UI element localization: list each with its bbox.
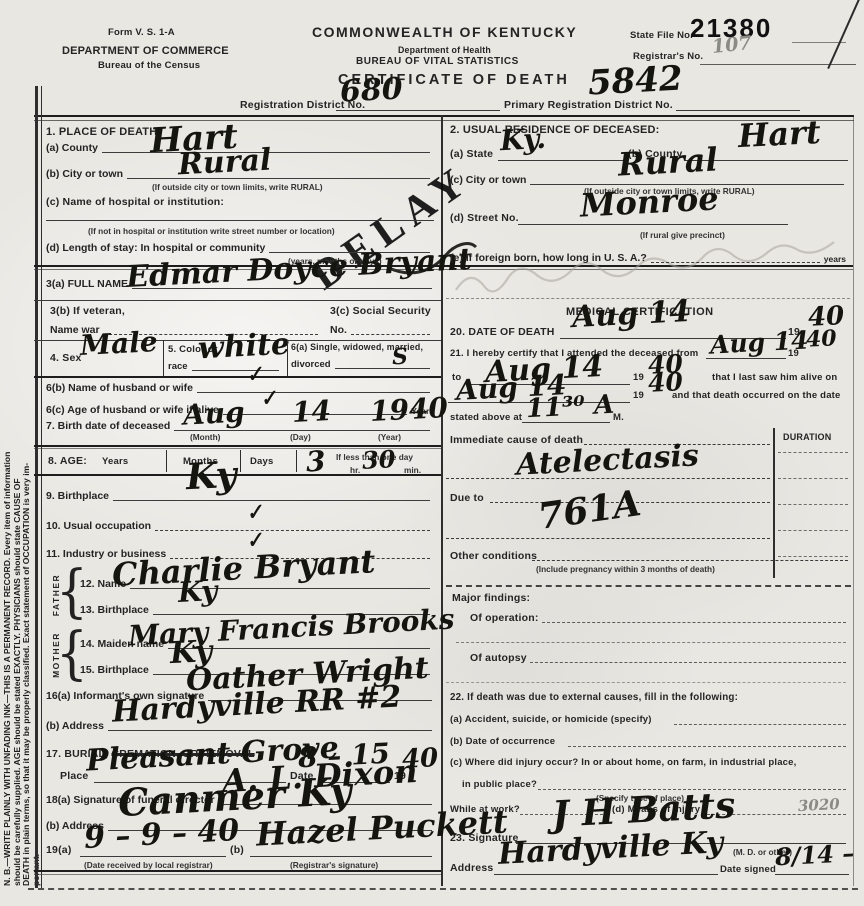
other-conditions-label: Other conditions [450, 550, 537, 562]
marital-blank [335, 366, 430, 369]
day-note: (Day) [290, 432, 311, 442]
age-days-value: 3 [305, 448, 326, 477]
department-of-health: Department of Health [398, 45, 491, 55]
residence-city-value: Rural [617, 143, 718, 180]
form-left-border [35, 86, 38, 888]
physician-address-blank [494, 874, 718, 875]
date-of-death-label: 20. DATE OF DEATH [450, 326, 555, 338]
left-box-bottom-inner [34, 874, 441, 875]
spouse-checkmark: ✓ [244, 362, 265, 385]
fullname-label: 3(a) FULL NAME [46, 278, 128, 290]
month-note: (Month) [190, 432, 220, 442]
birth-day-value: 14 [291, 397, 331, 427]
injury-where-label-1: (c) Where did injury occur? In or about … [450, 757, 796, 768]
scan-corner-artifact [827, 0, 861, 69]
city-label: (b) City or town [46, 168, 123, 180]
age-cell-divider [166, 450, 167, 472]
spouse-age-checkmark: ✓ [258, 386, 279, 409]
street-label: (d) Street No. [450, 212, 519, 224]
ssn-no-label: No. [330, 324, 347, 336]
commonwealth-title: COMMONWEALTH OF KENTUCKY [312, 24, 577, 40]
cause-value: Atelectasis [515, 441, 699, 481]
from-date-value: Aug 14 [709, 327, 809, 357]
form-bottom-rule [28, 888, 858, 890]
date-of-death-value: Aug 14 [571, 297, 691, 333]
date-received-note: (Date received by local registrar) [84, 860, 213, 870]
age-years-label: Years [102, 456, 128, 467]
duration-box-border [773, 428, 775, 578]
death-certificate-document: N. B.—WRITE PLAINLY WITH UNFADING INK—TH… [0, 0, 864, 906]
sex-value: Male [79, 328, 158, 360]
hospital-note: (If not in hospital or institution write… [88, 226, 335, 236]
autopsy-blank [530, 662, 846, 663]
while-at-work-label: While at work? [450, 804, 520, 815]
burial-place-label: Place [60, 770, 88, 782]
injury-where-label-2: in public place? [462, 779, 537, 790]
informant-address-blank [108, 728, 432, 731]
age-cell-divider [240, 450, 241, 472]
residence-county-value: Hart [737, 116, 821, 152]
cause-line-2 [446, 478, 770, 479]
occupation-checkmark: ✓ [244, 500, 265, 523]
city-value: Rural [177, 146, 272, 181]
registrar-number-line [700, 64, 856, 65]
form-left-border-inner [41, 86, 42, 888]
county-label: (a) County [46, 142, 98, 154]
street-blank [518, 224, 788, 225]
due-to-line-2 [446, 538, 770, 539]
father-birthplace-value: Ky [177, 577, 218, 607]
race-value: white [197, 330, 290, 365]
stated-above-label: stated above at [450, 412, 522, 423]
occurrence-date-blank [568, 746, 846, 747]
from-year-value: 40 [805, 327, 837, 351]
left-box-bottom [34, 870, 441, 872]
accident-label: (a) Accident, suicide, or homicide (spec… [450, 714, 652, 725]
occupation-blank [155, 528, 430, 531]
ssn-blank [351, 332, 430, 335]
city-note: (If outside city or town limits, write R… [152, 182, 323, 192]
year-note: (Year) [378, 432, 401, 442]
birthplace-value: Ky [185, 457, 237, 496]
occupation-label: 10. Usual occupation [46, 520, 151, 532]
occurred-label: and that death occurred on the date [672, 390, 841, 401]
autopsy-line-2 [446, 682, 846, 683]
other-conditions-note: (Include pregnancy within 3 months of de… [536, 564, 715, 574]
city-blank-line [127, 176, 430, 179]
duration-label: DURATION [783, 432, 831, 442]
ssn-label: 3(c) Social Security [330, 305, 431, 317]
duration-line [778, 504, 848, 505]
residence-state-value: Ky. [499, 125, 546, 155]
date-signed-blank [775, 874, 849, 875]
minutes-value: 30 [361, 447, 396, 473]
race-label-2: race [168, 361, 188, 372]
due-to-value: 761A [536, 485, 643, 535]
residence-state-blank [498, 160, 626, 161]
form-center-divider [441, 115, 443, 886]
autopsy-label: Of autopsy [470, 652, 527, 664]
race-blank [192, 368, 279, 371]
age-cell-divider [296, 450, 297, 472]
registrar-b-label: (b) [230, 844, 244, 856]
margin-line: DEATH in plain terms, so that it may be … [22, 54, 32, 886]
sex-label: 4. Sex [50, 352, 82, 364]
accident-blank [674, 724, 846, 725]
primary-district-line [676, 110, 800, 111]
row-rule-heavy [34, 376, 441, 378]
father-birthplace-label: 13. Birthplace [80, 604, 149, 616]
primary-district-value: 5842 [587, 62, 683, 101]
birthdate-label: 7. Birth date of deceased [46, 420, 170, 432]
operation-label: Of operation: [470, 612, 539, 624]
length-of-stay-label: (d) Length of stay: In hospital or commu… [46, 242, 265, 254]
cell-divider [163, 340, 164, 376]
immediate-cause-label: Immediate cause of death [450, 434, 583, 446]
bureau-of-census: Bureau of the Census [98, 60, 200, 71]
form-number: Form V. S. 1-A [108, 27, 175, 38]
spouse-label: 6(b) Name of husband or wife [46, 382, 193, 394]
veteran-label: 3(b) If veteran, [50, 305, 125, 317]
foreign-born-label: (e) If foreign born, how long in U. S. A… [450, 252, 647, 264]
physician-address-value: Hardyville Ky [497, 828, 724, 870]
foreign-born-blank [651, 260, 820, 263]
mother-birthplace-label: 15. Birthplace [80, 664, 149, 676]
street-note: (If rural give precinct) [640, 230, 725, 240]
bureau-vital-statistics: BUREAU OF VITAL STATISTICS [356, 56, 519, 67]
operation-blank [542, 622, 846, 623]
date-signed-label: Date signed [720, 864, 776, 875]
birthplace-blank [113, 498, 430, 501]
registrar-signature-note: (Registrar's signature) [290, 860, 378, 870]
date-signed-value: 8/14 – '40 [774, 839, 864, 870]
duration-line [778, 478, 848, 479]
occurrence-date-label: (b) Date of occurrence [450, 736, 555, 747]
due-to-label: Due to [450, 492, 484, 504]
hospital-label: (c) Name of hospital or institution: [46, 196, 224, 208]
marital-label-2: divorced [291, 359, 331, 370]
place-of-death-title: 1. PLACE OF DEATH: [46, 126, 161, 138]
birth-month-value: Aug [182, 398, 245, 429]
date-received-blank [80, 856, 226, 857]
registrar-number-value: 107 [711, 34, 752, 57]
form-top-rule [34, 115, 854, 117]
residence-state-label: (a) State [450, 148, 493, 160]
form-right-border [853, 115, 854, 886]
hospital-blank-line [46, 220, 434, 221]
major-findings-label: Major findings: [452, 592, 530, 604]
residence-title: 2. USUAL RESIDENCE OF DECEASED: [450, 124, 660, 136]
birthplace-label: 9. Birthplace [46, 490, 109, 502]
m-label: M. [613, 412, 624, 423]
registration-district-line [336, 110, 500, 111]
pencil-notation: 3020 [798, 797, 840, 814]
external-causes-title: 22. If death was due to external causes,… [450, 692, 738, 703]
duration-line [778, 452, 848, 453]
age-label: 8. AGE: [48, 455, 87, 467]
alive-year-prefix: 19 [633, 390, 644, 401]
date-received-value: 9 – 9 – 40 [83, 816, 240, 854]
duration-line [778, 556, 848, 557]
foreign-born-suffix: years [824, 254, 846, 264]
street-value: Monroe [579, 182, 719, 221]
informant-address-label: (b) Address [46, 720, 104, 732]
cell-divider [287, 340, 288, 376]
birth-year-value: 1940 [369, 394, 448, 426]
other-conditions-blank [532, 560, 848, 561]
residence-city-label: (c) City or town [450, 174, 526, 186]
state-file-label: State File No. [630, 30, 693, 41]
registration-district-value: 680 [339, 74, 403, 107]
marital-value: S [391, 346, 408, 369]
age-table-bottom [34, 474, 441, 476]
department-of-commerce: DEPARTMENT OF COMMERCE [62, 45, 229, 57]
operation-line-2 [456, 642, 846, 643]
physician-address-label: Address [450, 862, 493, 874]
age-days-label: Days [250, 456, 274, 467]
registrar-signature-blank [250, 856, 432, 857]
findings-rule [446, 585, 851, 587]
registrar-item-label: 19(a) [46, 844, 72, 856]
duration-line [778, 530, 848, 531]
time-value: 11³⁰ A [525, 392, 614, 423]
to-year-prefix: 19 [633, 372, 644, 383]
saw-alive-label: that I last saw him alive on [712, 372, 837, 383]
veteran-box-top [34, 300, 441, 301]
spouse-blank [197, 390, 430, 393]
